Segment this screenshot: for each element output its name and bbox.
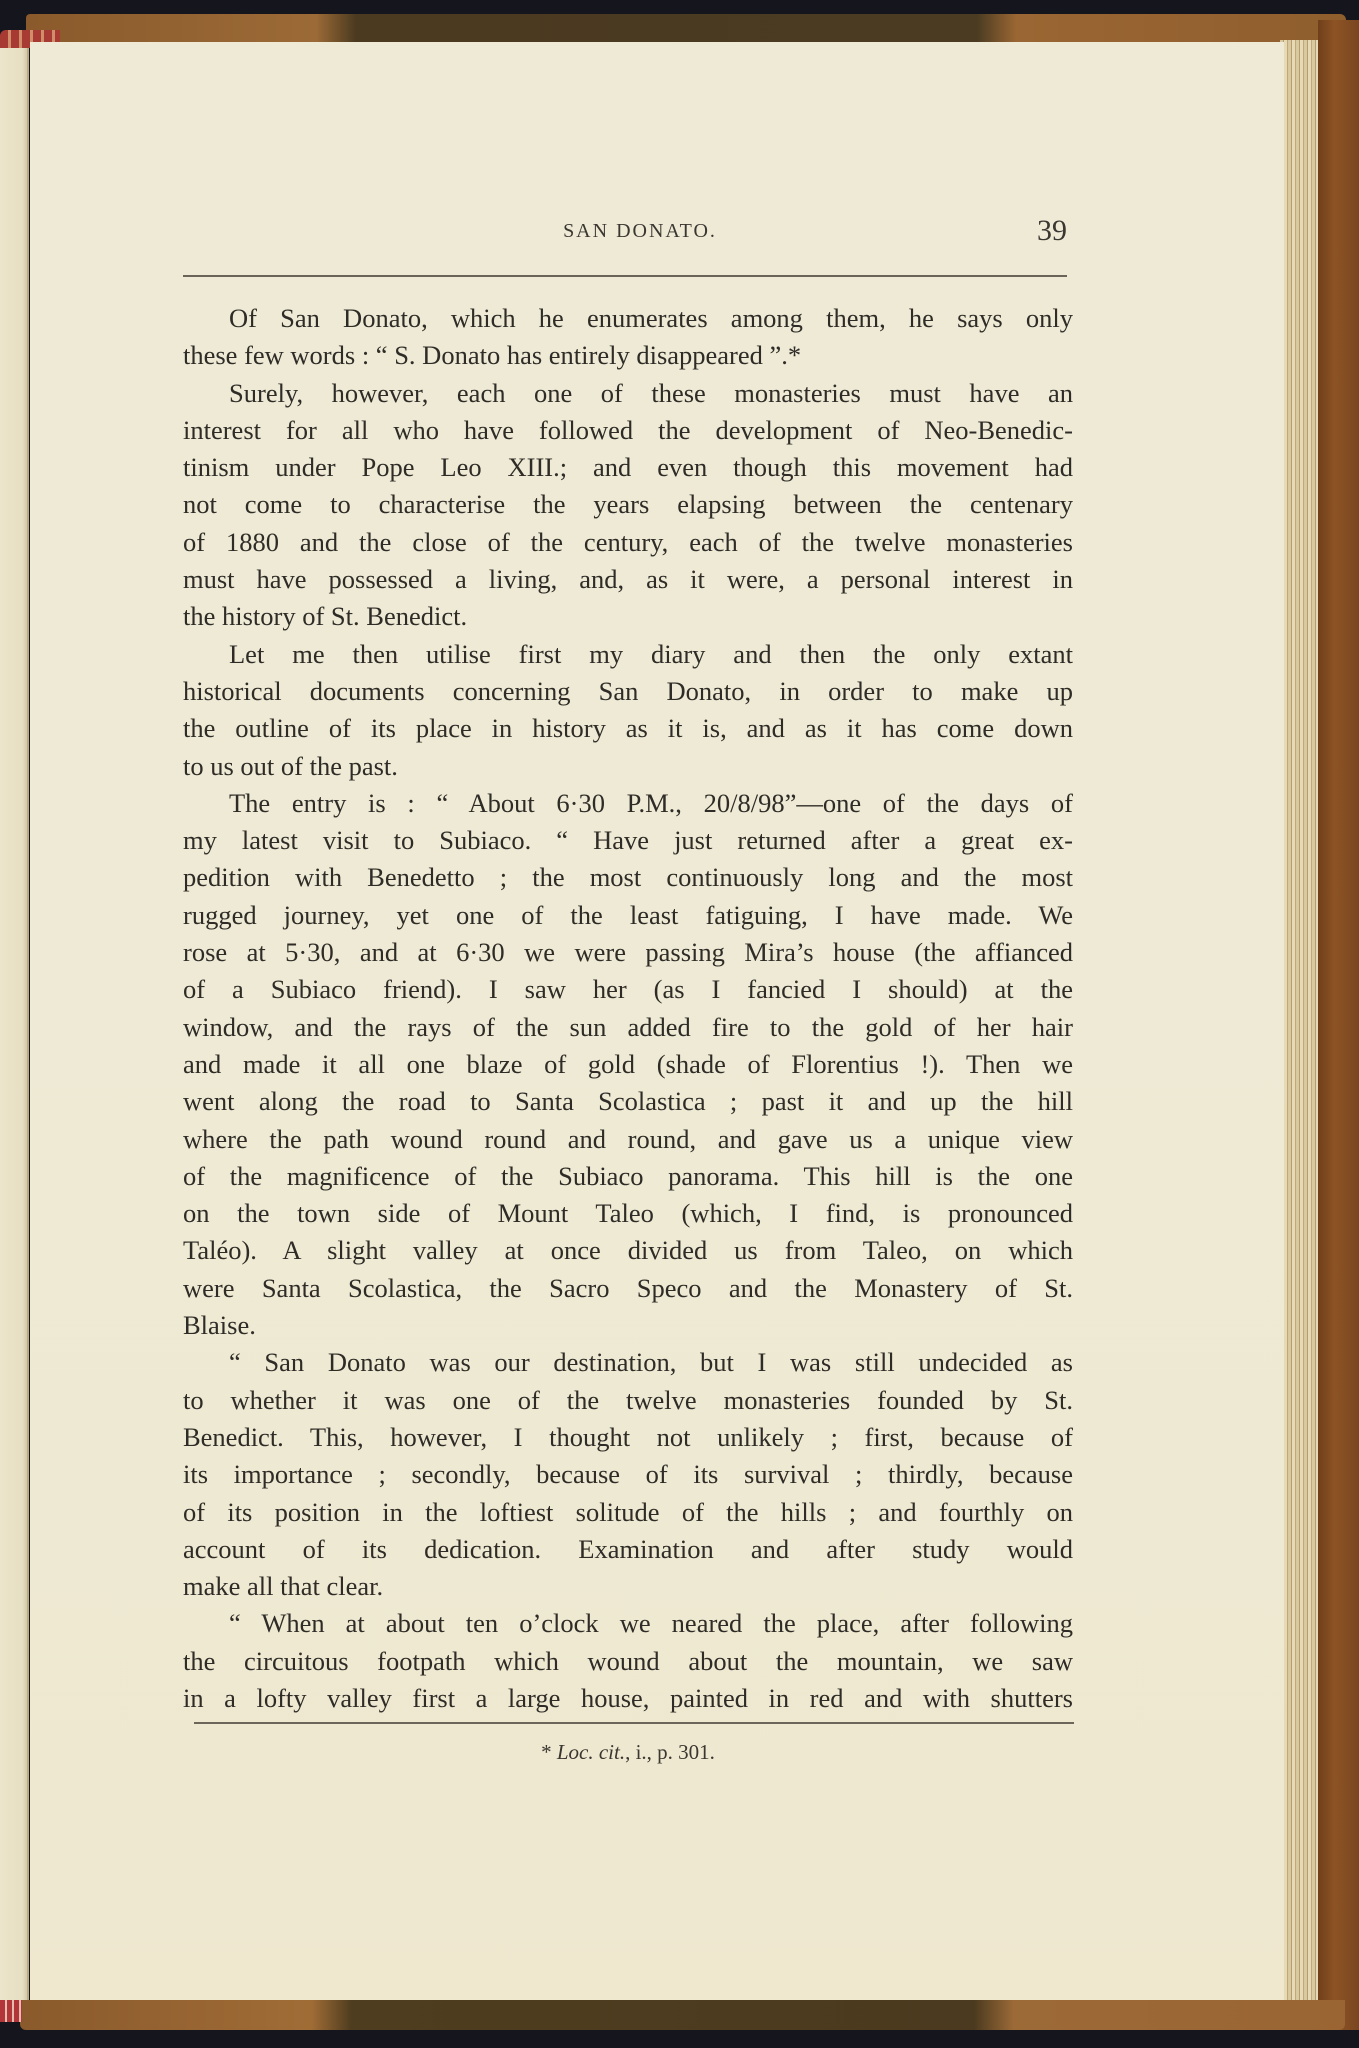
text-line: to us out of the past.: [183, 748, 1073, 785]
text-line: were Santa Scolastica, the Sacro Speco a…: [183, 1270, 1073, 1307]
body-text: Of San Donato, which he enumerates among…: [183, 300, 1073, 1717]
running-head: SAN DONATO. 39: [183, 214, 1067, 254]
text-line: make all that clear.: [183, 1568, 1073, 1605]
book-cover-right-edge: [1318, 20, 1359, 2030]
book-cover-top-edge: [26, 14, 1346, 44]
text-line: “ When at about ten o’clock we neared th…: [183, 1605, 1073, 1642]
footnote-marker: *: [541, 1740, 557, 1764]
text-line: of the magnificence of the Subiaco panor…: [183, 1158, 1073, 1195]
text-line: rose at 5·30, and at 6·30 we were passin…: [183, 934, 1073, 971]
text-line: of its position in the loftiest solitude…: [183, 1494, 1073, 1531]
text-line: Of San Donato, which he enumerates among…: [183, 300, 1073, 337]
footnote-rule: [194, 1722, 1074, 1724]
text-line: historical documents concerning San Dona…: [183, 673, 1073, 710]
text-line: its importance ; secondly, because of it…: [183, 1456, 1073, 1493]
text-line: of 1880 and the close of the century, ea…: [183, 524, 1073, 561]
text-line: Let me then utilise first my diary and t…: [183, 636, 1073, 673]
text-line: rugged journey, yet one of the least fat…: [183, 897, 1073, 934]
text-line: Surely, however, each one of these monas…: [183, 375, 1073, 412]
footnote-citation: Loc. cit.: [557, 1740, 625, 1764]
headband-bottom: [0, 2000, 22, 2022]
text-line: the history of St. Benedict.: [183, 598, 1073, 635]
text-line: must have possessed a living, and, as it…: [183, 561, 1073, 598]
text-line: the outline of its place in history as i…: [183, 710, 1073, 747]
text-line: went along the road to Santa Scolastica …: [183, 1083, 1073, 1120]
running-title: SAN DONATO.: [183, 220, 1067, 243]
page-stack-edge: [1280, 40, 1318, 2015]
text-line: of a Subiaco friend). I saw her (as I fa…: [183, 971, 1073, 1008]
text-line: to whether it was one of the twelve mona…: [183, 1382, 1073, 1419]
header-rule: [183, 275, 1067, 277]
text-line: not come to characterise the years elaps…: [183, 486, 1073, 523]
text-line: Blaise.: [183, 1307, 1073, 1344]
text-line: “ San Donato was our destination, but I …: [183, 1344, 1073, 1381]
footnote-reference: , i., p. 301.: [625, 1740, 715, 1764]
footnote: * Loc. cit., i., p. 301.: [183, 1740, 1073, 1765]
text-line: in a lofty valley first a large house, p…: [183, 1680, 1073, 1717]
text-line: window, and the rays of the sun added fi…: [183, 1009, 1073, 1046]
text-line: account of its dedication. Examination a…: [183, 1531, 1073, 1568]
text-line: interest for all who have followed the d…: [183, 412, 1073, 449]
facing-page-sliver: [0, 48, 28, 2003]
page-number: 39: [1037, 214, 1067, 248]
text-line: and made it all one blaze of gold (shade…: [183, 1046, 1073, 1083]
text-line: Taléo). A slight valley at once divided …: [183, 1232, 1073, 1269]
text-line: pedition with Benedetto ; the most conti…: [183, 859, 1073, 896]
text-line: The entry is : “ About 6·30 P.M., 20/8/9…: [183, 785, 1073, 822]
gutter: [27, 48, 29, 2003]
text-line: tinism under Pope Leo XIII.; and even th…: [183, 449, 1073, 486]
text-line: Benedict. This, however, I thought not u…: [183, 1419, 1073, 1456]
text-line: where the path wound round and round, an…: [183, 1121, 1073, 1158]
text-line: these few words : “ S. Donato has entire…: [183, 337, 1073, 374]
text-line: the circuitous footpath which wound abou…: [183, 1643, 1073, 1680]
text-line: on the town side of Mount Taleo (which, …: [183, 1195, 1073, 1232]
text-line: my latest visit to Subiaco. “ Have just …: [183, 822, 1073, 859]
book-photo: SAN DONATO. 39 Of San Donato, which he e…: [0, 0, 1359, 2048]
book-cover-bottom-edge: [20, 2000, 1345, 2030]
